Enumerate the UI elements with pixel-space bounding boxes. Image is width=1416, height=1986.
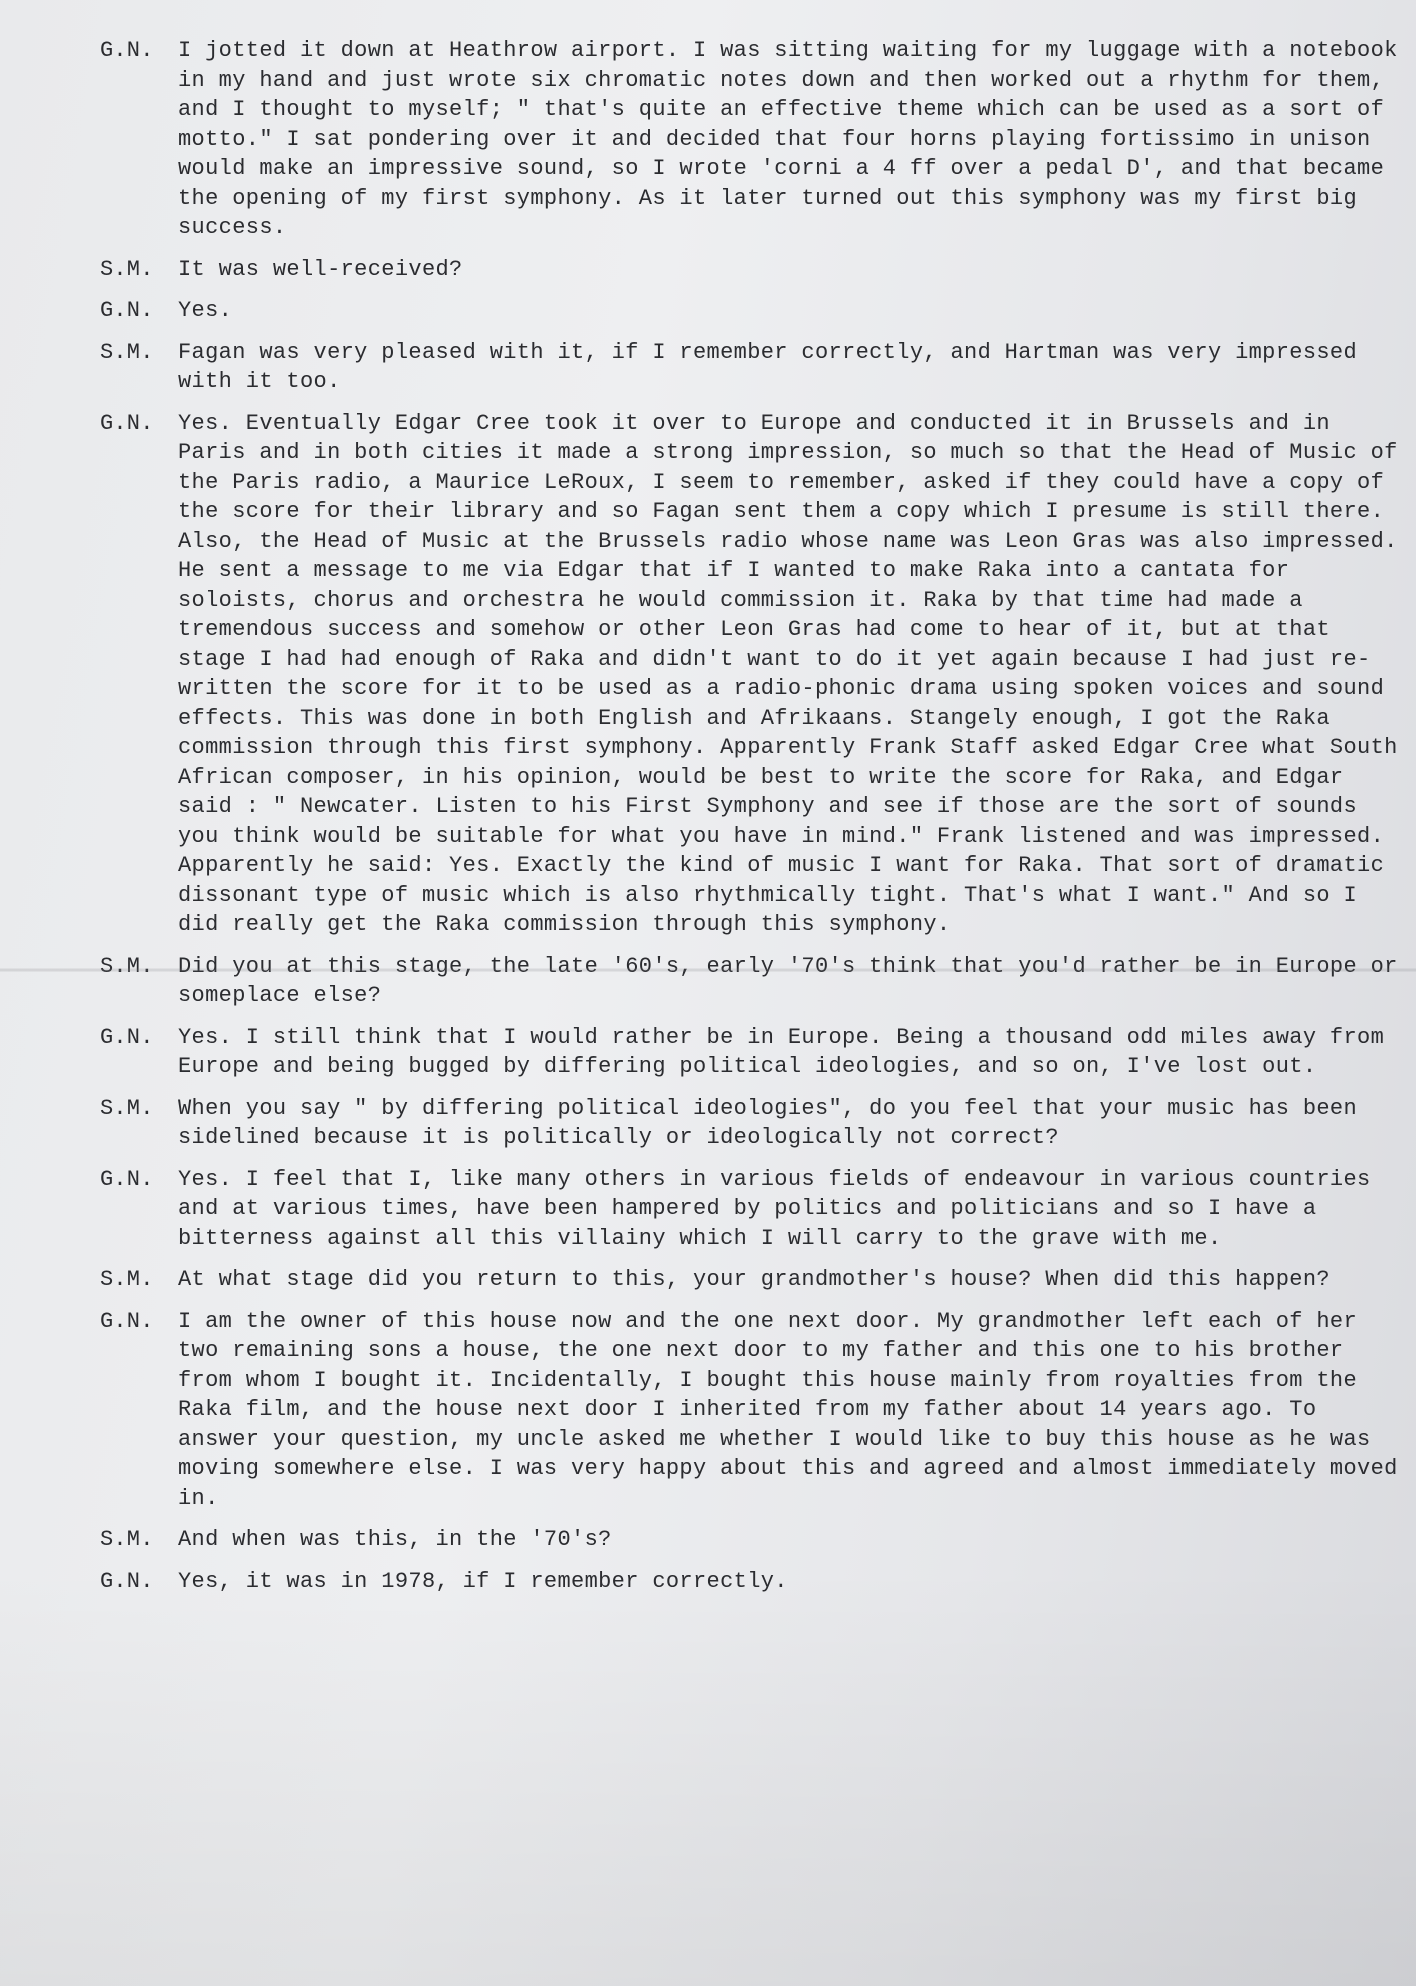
speaker-label: S.M.	[100, 1525, 178, 1555]
transcript-entry: G.N.Yes.	[100, 296, 1416, 326]
entry-text: Yes. Eventually Edgar Cree took it over …	[178, 409, 1403, 940]
entry-text: I jotted it down at Heathrow airport. I …	[178, 36, 1403, 243]
speaker-label: S.M.	[100, 952, 178, 1011]
speaker-label: G.N.	[100, 1567, 178, 1597]
speaker-label: G.N.	[100, 409, 178, 940]
transcript-entry: S.M.At what stage did you return to this…	[100, 1265, 1416, 1295]
speaker-label: G.N.	[100, 1023, 178, 1082]
transcript-entry: G.N.I jotted it down at Heathrow airport…	[100, 36, 1416, 243]
speaker-label: G.N.	[100, 1307, 178, 1514]
speaker-label: S.M.	[100, 338, 178, 397]
paper-fold-crease	[0, 968, 1416, 972]
entry-text: And when was this, in the '70's?	[178, 1525, 1403, 1555]
transcript-entry: G.N.Yes. I still think that I would rath…	[100, 1023, 1416, 1082]
transcript-entry: G.N.I am the owner of this house now and…	[100, 1307, 1416, 1514]
entry-text: At what stage did you return to this, yo…	[178, 1265, 1403, 1295]
entry-text: Did you at this stage, the late '60's, e…	[178, 952, 1403, 1011]
entry-text: When you say " by differing political id…	[178, 1094, 1403, 1153]
transcript-entry: S.M.When you say " by differing politica…	[100, 1094, 1416, 1153]
transcript-entry: G.N.Yes, it was in 1978, if I remember c…	[100, 1567, 1416, 1597]
speaker-label: G.N.	[100, 36, 178, 243]
speaker-label: S.M.	[100, 1094, 178, 1153]
entry-text: Yes. I still think that I would rather b…	[178, 1023, 1403, 1082]
transcript-entry: S.M.Did you at this stage, the late '60'…	[100, 952, 1416, 1011]
entry-text: Yes. I feel that I, like many others in …	[178, 1165, 1403, 1254]
transcript-entry: G.N.Yes. I feel that I, like many others…	[100, 1165, 1416, 1254]
transcript-entry: S.M.And when was this, in the '70's?	[100, 1525, 1416, 1555]
entry-text: I am the owner of this house now and the…	[178, 1307, 1403, 1514]
speaker-label: S.M.	[100, 1265, 178, 1295]
transcript-entry: S.M.Fagan was very pleased with it, if I…	[100, 338, 1416, 397]
transcript-page: G.N.I jotted it down at Heathrow airport…	[0, 0, 1416, 1986]
entry-text: It was well-received?	[178, 255, 1403, 285]
speaker-label: S.M.	[100, 255, 178, 285]
entry-text: Yes, it was in 1978, if I remember corre…	[178, 1567, 1403, 1597]
transcript-entry: G.N.Yes. Eventually Edgar Cree took it o…	[100, 409, 1416, 940]
speaker-label: G.N.	[100, 296, 178, 326]
entry-text: Fagan was very pleased with it, if I rem…	[178, 338, 1403, 397]
transcript-entry: S.M.It was well-received?	[100, 255, 1416, 285]
speaker-label: G.N.	[100, 1165, 178, 1254]
entry-text: Yes.	[178, 296, 1403, 326]
